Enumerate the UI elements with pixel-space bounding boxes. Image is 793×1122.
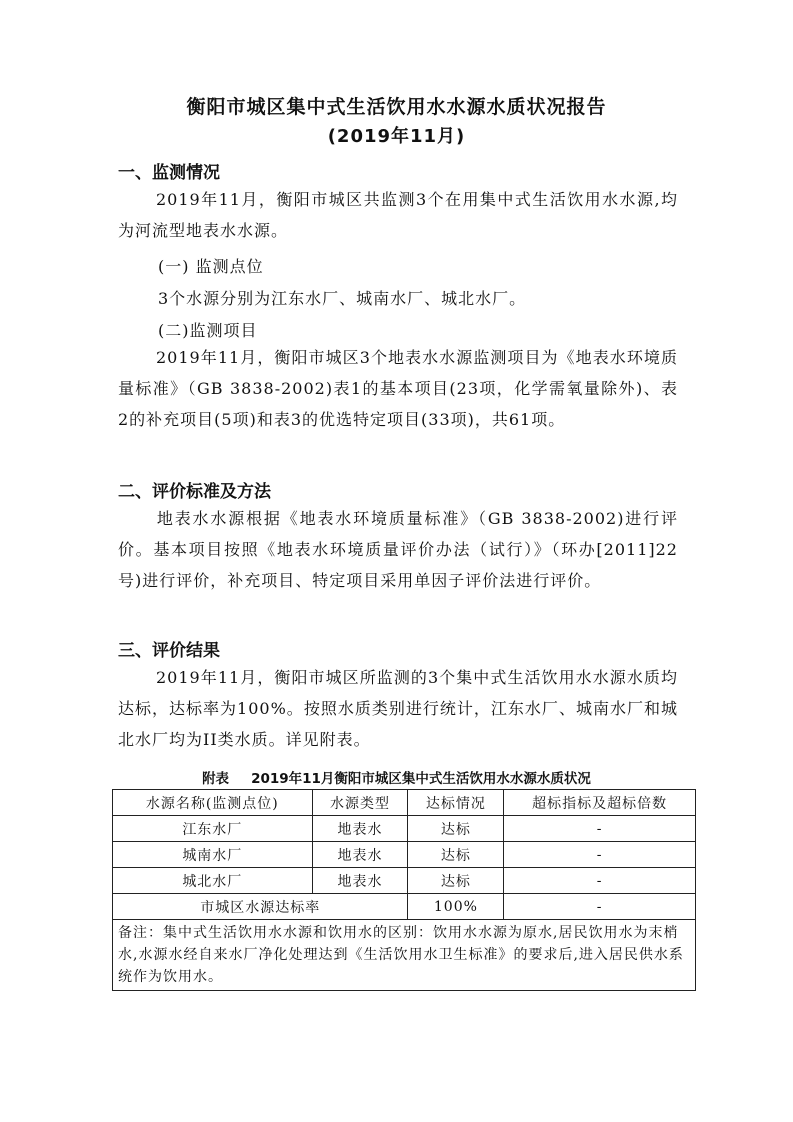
summary-value: 100% [408,894,504,920]
section-heading-evaluation-standard: 二、评价标准及方法 [118,477,271,502]
table-cell: 地表水 [312,816,408,842]
table-cell: 达标 [408,868,504,894]
table-cell: 达标 [408,816,504,842]
table-cell: - [504,842,696,868]
table-cell: 城北水厂 [113,868,313,894]
table-cell: 城南水厂 [113,842,313,868]
table-header-row: 水源名称(监测点位) 水源类型 达标情况 超标指标及超标倍数 [113,790,696,816]
table-cell: - [504,868,696,894]
evaluation-standard: 地表水水源根据《地表水环境质量标准》（GB 3838-2002)进行评价。基本项… [118,503,678,596]
evaluation-result-text: 2019年11月，衡阳市城区所监测的3个集中式生活饮用水水源水质均达标，达标率为… [118,668,678,749]
table-cell: - [504,816,696,842]
monitoring-points-text: 3个水源分别为江东水厂、城南水厂、城北水厂。 [158,286,526,309]
summary-row: 市城区水源达标率 100% - [113,894,696,920]
water-quality-table: 水源名称(监测点位) 水源类型 达标情况 超标指标及超标倍数 江东水厂 地表水 … [112,789,696,991]
note-row: 备注：集中式生活饮用水水源和饮用水的区别：饮用水水源为原水,居民饮用水为末梢水,… [113,920,696,991]
header-cell: 水源名称(监测点位) [113,790,313,816]
report-subtitle: (2019年11月) [0,122,793,148]
monitoring-items-text: 2019年11月，衡阳市城区3个地表水水源监测项目为《地表水环境质量标准》（GB… [118,348,678,429]
table-cell: 地表水 [312,868,408,894]
table-row: 城南水厂 地表水 达标 - [113,842,696,868]
header-cell: 超标指标及超标倍数 [504,790,696,816]
subheading-monitoring-items: (二)监测项目 [158,318,258,341]
subheading-monitoring-points: (一) 监测点位 [158,254,264,277]
section-heading-monitoring: 一、监测情况 [118,158,220,183]
header-cell: 水源类型 [312,790,408,816]
document-page: 衡阳市城区集中式生活饮用水水源水质状况报告 (2019年11月) 一、监测情况 … [0,0,793,1122]
monitoring-items: 2019年11月，衡阳市城区3个地表水水源监测项目为《地表水环境质量标准》（GB… [118,342,678,435]
table-row: 江东水厂 地表水 达标 - [113,816,696,842]
table-cell: 达标 [408,842,504,868]
table-note: 备注：集中式生活饮用水水源和饮用水的区别：饮用水水源为原水,居民饮用水为末梢水,… [113,920,696,991]
table-cell: 地表水 [312,842,408,868]
monitoring-intro-text: 2019年11月，衡阳市城区共监测3个在用集中式生活饮用水水源,均为河流型地表水… [118,190,678,240]
monitoring-intro: 2019年11月，衡阳市城区共监测3个在用集中式生活饮用水水源,均为河流型地表水… [118,184,678,246]
section-heading-evaluation-result: 三、评价结果 [118,636,220,661]
summary-label: 市城区水源达标率 [113,894,408,920]
evaluation-result: 2019年11月，衡阳市城区所监测的3个集中式生活饮用水水源水质均达标，达标率为… [118,662,678,755]
summary-exceed: - [504,894,696,920]
table-caption-text: 2019年11月衡阳市城区集中式生活饮用水水源水质状况 [251,771,591,787]
table-row: 城北水厂 地表水 达标 - [113,868,696,894]
table-cell: 江东水厂 [113,816,313,842]
report-title: 衡阳市城区集中式生活饮用水水源水质状况报告 [0,92,793,119]
table-caption: 附表2019年11月衡阳市城区集中式生活饮用水水源水质状况 [0,767,793,787]
header-cell: 达标情况 [408,790,504,816]
evaluation-standard-text: 地表水水源根据《地表水环境质量标准》（GB 3838-2002)进行评价。基本项… [118,509,678,590]
table-caption-label: 附表 [202,771,229,787]
